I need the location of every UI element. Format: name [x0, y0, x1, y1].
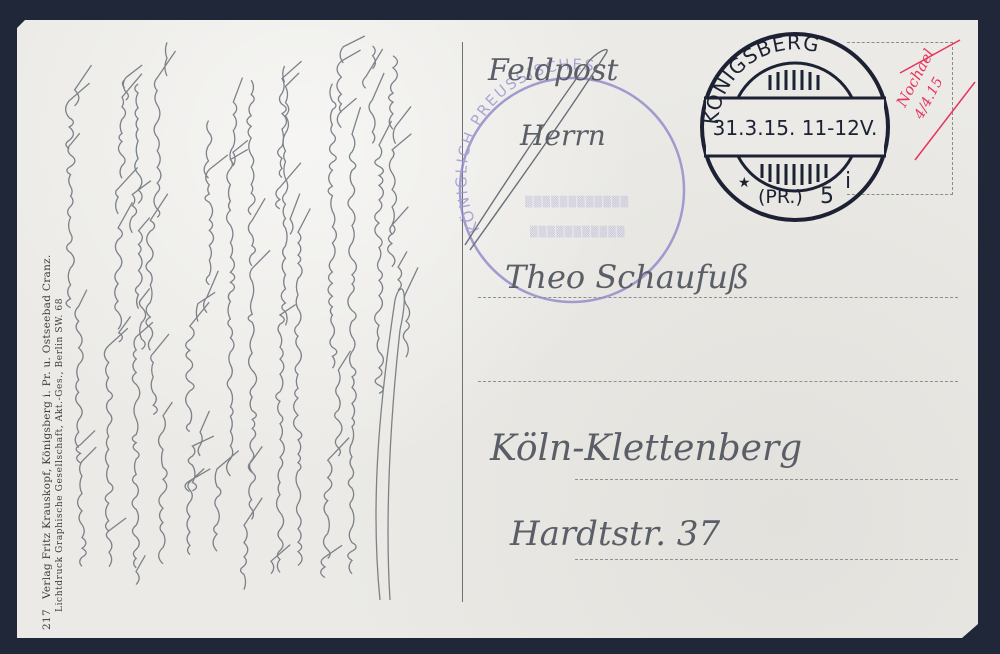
- postmark-date: 31.3.15. 11-12V.: [713, 116, 878, 140]
- postmark-office: 5: [820, 184, 834, 209]
- address-name: Theo Schaufuß: [505, 258, 749, 296]
- postmark-region: (PR.): [758, 186, 803, 208]
- handwritten-message: [66, 36, 418, 600]
- address-city: Köln-Klettenberg: [489, 428, 802, 469]
- svg-text:▒▒▒▒▒▒▒▒▒▒▒: ▒▒▒▒▒▒▒▒▒▒▒: [530, 225, 626, 238]
- svg-text:▒▒▒▒▒▒▒▒▒▒▒▒: ▒▒▒▒▒▒▒▒▒▒▒▒: [525, 195, 629, 208]
- postmark-star: ★: [738, 174, 751, 190]
- address-street: Hardtstr. 37: [509, 514, 720, 554]
- markings-layer: KÖNIGLICH PREUSSISCHES ▒▒▒▒▒▒▒▒▒▒▒▒ ▒▒▒▒…: [0, 0, 1000, 654]
- postmark: KÖNIGSBERG 31.3.15. 11-12V. ★ (PR.) 5 i: [699, 30, 888, 220]
- address-feldpost: Feldpost: [487, 53, 619, 88]
- postmark-letter: i: [845, 169, 851, 194]
- red-annotation: Nochael 4/4.15: [892, 40, 975, 160]
- address-herrn: Herrn: [519, 119, 606, 152]
